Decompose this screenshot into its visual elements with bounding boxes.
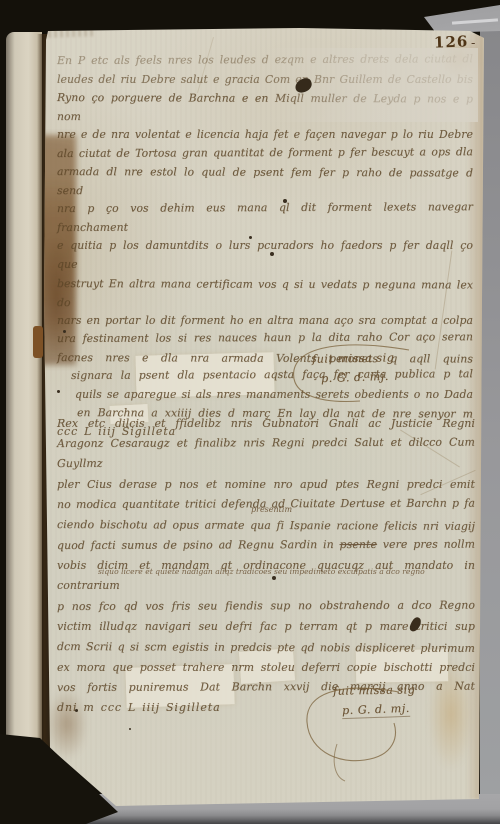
manuscript-line: Aragonz Cesaraugz et finalibz nris Regni… [57, 433, 475, 475]
ink-dot [283, 199, 287, 203]
manuscript-line: e quitia p los damuntdits o lurs pcurado… [57, 237, 473, 274]
photograph-of-manuscript: 126 - En P etc als feels nres los leudes… [0, 0, 500, 824]
struck-word: psente [340, 538, 377, 551]
interline-insertion: siquo licere et quiete nadigan aliqz tra… [98, 567, 428, 576]
manuscript-line: dcm Scrii q si scm egistis in predcis pt… [57, 637, 475, 659]
marginal-note-2-line2: p. G. d. mj. [342, 702, 410, 719]
marginal-note-1-line1: fuit missa sig [312, 351, 395, 365]
manuscript-line: armada dl nre estol lo qual de psent fem… [57, 163, 473, 202]
binding-tab [33, 326, 43, 358]
ghost-writing-top-left [48, 26, 94, 38]
manuscript-line: nars en portar lo dit forment ho en altr… [57, 312, 473, 331]
manuscript-line: signara la psent dla psentacio aqsta faç… [57, 365, 473, 385]
edge-pen-mark: - [471, 36, 475, 51]
manuscript-line: En P etc als feels nres los leudes d ezq… [57, 50, 473, 70]
superscript-insertion: presentim [251, 505, 292, 514]
manuscript-line: p nos fco qd vos fris seu fiendis sup no… [57, 595, 475, 617]
line-text-post: vere pres nollm [383, 537, 475, 550]
manuscript-line: Rex etc dilcis et ffidelibz nris Gubnato… [57, 414, 475, 434]
ink-dot [270, 252, 274, 256]
ink-dot [57, 390, 60, 393]
marginal-note-2-line1: fuit missa sig [333, 683, 416, 697]
manuscript-page: 126 - En P etc als feels nres los leudes… [0, 0, 500, 824]
ink-dot [272, 576, 276, 580]
manuscript-line: bestruyt En altra mana certificam vos q … [57, 275, 473, 314]
manuscript-line: ex mora que posset trahere nrm stoleu de… [57, 658, 475, 678]
text-block-1: En P etc als feels nres los leudes d ezq… [57, 52, 473, 441]
folio-number: 126 [434, 32, 469, 51]
manuscript-line: quils se aparegue si als nres manaments … [57, 386, 473, 405]
manuscript-line: leudes del riu Debre salut e gracia Com … [57, 71, 473, 90]
ink-dot [129, 728, 131, 730]
manuscript-line: dni m ccc L iiij Sigilleta [57, 698, 475, 718]
marginal-note-1-line2: p. G. d. mj. [321, 370, 389, 385]
manuscript-line: ala ciutat de Tortosa gran quantitat de … [57, 143, 473, 163]
manuscript-line: pler Cius derase p nos et nomine nro apu… [57, 475, 475, 495]
ink-dot [249, 236, 252, 239]
manuscript-line: nre e de nra volentat e licencia haja fe… [57, 126, 473, 145]
ink-dot [75, 709, 78, 712]
manuscript-line: nra p ço vos dehim eus mana ql dit forme… [57, 199, 473, 238]
manuscript-line: vobis dicim et mandam qt ordinacone quac… [57, 556, 475, 597]
manuscript-line: ura festinament los si res nauces haun p… [57, 328, 473, 348]
note-circle-2-tail-icon [334, 744, 345, 781]
manuscript-line: victim illudqz navigari seu defri fac p … [57, 617, 475, 637]
manuscript-line-with-correction: quod facti sumus de psino ad Regnu Sardi… [57, 534, 475, 556]
line-text-pre: quod facti sumus de psino ad Regnu Sardi… [57, 538, 334, 552]
manuscript-line: Ryno ço porguere de Barchna e en Miqll m… [57, 89, 473, 128]
ink-dot [63, 330, 66, 333]
